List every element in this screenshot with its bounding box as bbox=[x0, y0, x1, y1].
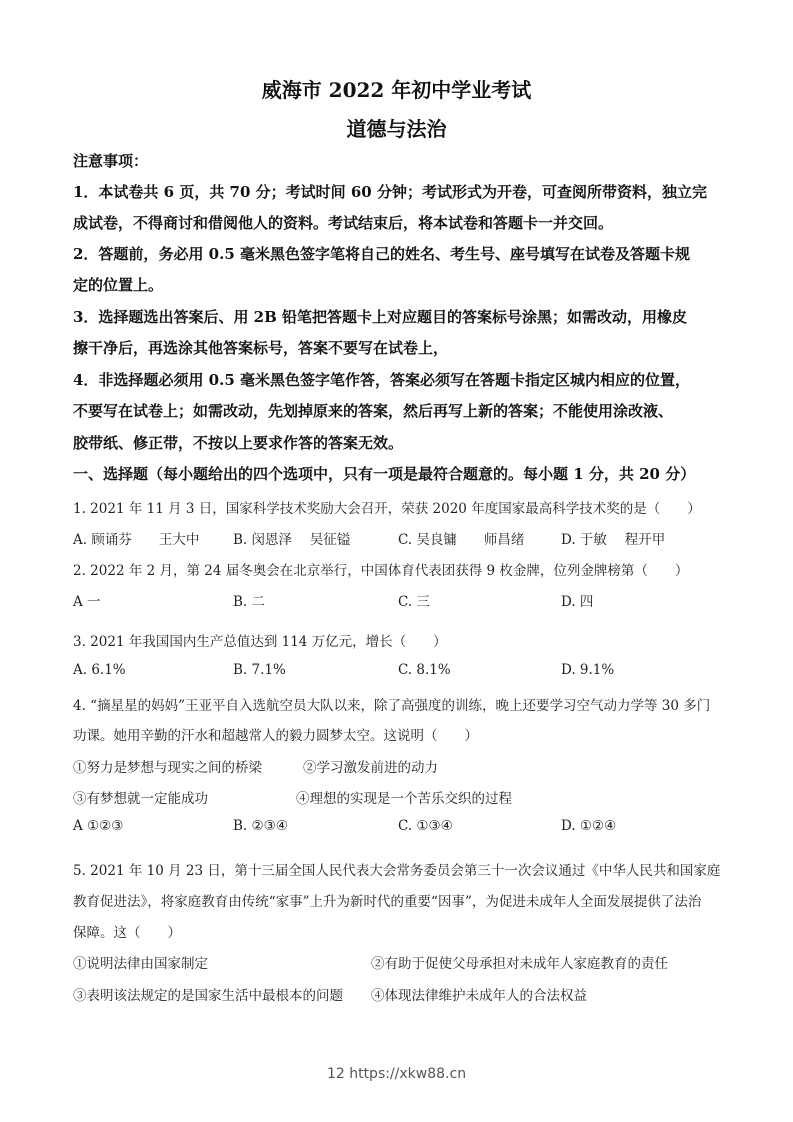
notice-line: 定的位置上。 bbox=[73, 274, 163, 295]
statement: ①努力是梦想与现实之间的桥梁 bbox=[73, 756, 262, 776]
option-a: A ①②③ bbox=[73, 818, 123, 834]
option-c: C. 三 bbox=[398, 590, 430, 610]
notice-line: 3．选择题选出答案后、用 2B 铅笔把答题卡上对应题目的答案标号涂黑；如需改动，… bbox=[73, 306, 687, 327]
statement: ②有助于促使父母承担对未成年人家庭教育的责任 bbox=[371, 952, 668, 972]
notice-line: 4．非选择题必须用 0.5 毫米黑色签字笔作答，答案必须写在答题卡指定区城内相应… bbox=[73, 369, 690, 390]
notice-line: 1．本试卷共 6 页，共 70 分；考试时间 60 分钟；考试形式为开卷，可查阅… bbox=[73, 181, 707, 202]
notice-heading: 注意事项： bbox=[73, 150, 148, 171]
statement: ②学习激发前进的动力 bbox=[303, 756, 438, 776]
notice-line: 成试卷，不得商讨和借阅他人的资料。考试结束后，将本试卷和答题卡一并交回。 bbox=[73, 212, 613, 233]
notice-line: 胶带纸、修正带，不按以上要求作答的答案无效。 bbox=[73, 432, 403, 453]
question-stem: 教育促进法》，将家庭教育由传统“家事”上升为新时代的重要“因事”，为促进未成年人… bbox=[73, 890, 701, 910]
question-stem: 2. 2022 年 2 月，第 24 届冬奥会在北京举行，中国体育代表团获得 9… bbox=[73, 559, 688, 579]
notice-line: 不要写在试卷上；如需改动，先划掉原来的答案，然后再写上新的答案；不能使用涂改液、 bbox=[73, 400, 673, 421]
exam-page: 威海市 2022 年初中学业考试 道德与法治 注意事项： 1．本试卷共 6 页，… bbox=[0, 0, 793, 1122]
option-d: D. ①②④ bbox=[561, 818, 616, 834]
question-stem: 保障。这（ ） bbox=[73, 921, 181, 941]
option-c: C. 吴良镛 师昌绪 bbox=[398, 528, 524, 548]
exam-subject: 道德与法治 bbox=[0, 113, 793, 142]
page-footer: 12 https://xkw88.cn bbox=[0, 1066, 793, 1082]
statement: ④理想的实现是一个苦乐交织的过程 bbox=[296, 787, 512, 807]
statement: ③表明该法规定的是国家生活中最根本的问题 bbox=[73, 984, 343, 1004]
notice-line: 擦干净后，再选涂其他答案标号，答案不要写在试卷上， bbox=[73, 337, 448, 358]
option-b: B. 闵恩泽 吴征镒 bbox=[233, 528, 350, 548]
question-stem: 功课。她用辛勤的汗水和超越常人的毅力圆梦太空。这说明（ ） bbox=[73, 724, 478, 744]
question-stem: 3. 2021 年我国国内生产总值达到 114 万亿元，增长（ ） bbox=[73, 630, 447, 650]
option-d: D. 9.1% bbox=[561, 662, 614, 678]
option-b: B. 7.1% bbox=[233, 662, 286, 678]
option-a: A. 顾诵芬 王大中 bbox=[73, 528, 199, 548]
notice-line: 2．答题前，务必用 0.5 毫米黑色签字笔将自己的姓名、考生号、座号填写在试卷及… bbox=[73, 243, 690, 264]
option-c: C. ①③④ bbox=[398, 818, 453, 834]
option-c: C. 8.1% bbox=[398, 662, 451, 678]
question-stem: 4. “摘星星的妈妈”王亚平自入选航空员大队以来，除了高强度的训练，晚上还要学习… bbox=[73, 694, 710, 714]
statement: ④体现法律维护未成年人的合法权益 bbox=[371, 984, 587, 1004]
section-heading: 一、选择题（每小题给出的四个选项中，只有一项是最符合题意的。每小题 1 分，共 … bbox=[73, 463, 695, 484]
exam-title: 威海市 2022 年初中学业考试 bbox=[0, 74, 793, 103]
option-d: D. 四 bbox=[561, 590, 593, 610]
statement: ①说明法律由国家制定 bbox=[73, 952, 208, 972]
option-a: A 一 bbox=[73, 590, 101, 610]
option-a: A. 6.1% bbox=[73, 662, 126, 678]
question-stem: 1. 2021 年 11 月 3 日，国家科学技术奖励大会召开，荣获 2020 … bbox=[73, 497, 701, 517]
option-b: B. ②③④ bbox=[233, 818, 288, 834]
option-d: D. 于敏 程开甲 bbox=[561, 528, 665, 548]
option-b: B. 二 bbox=[233, 590, 265, 610]
question-stem: 5. 2021 年 10 月 23 日，第十三届全国人民代表大会常务委员会第三十… bbox=[73, 859, 720, 879]
statement: ③有梦想就一定能成功 bbox=[73, 787, 208, 807]
